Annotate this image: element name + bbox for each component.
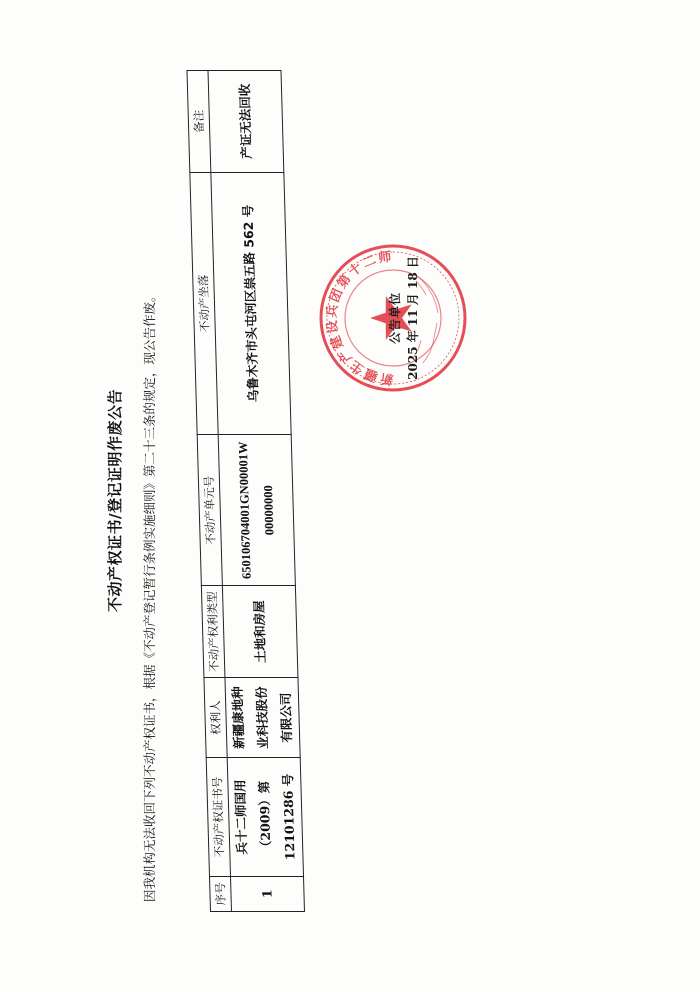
seal-date: 2025 年 11 月 18 日 [404, 243, 421, 393]
cell-note: 产证无法回收 [208, 71, 284, 173]
cell-cert: 兵十二师国用 （2009）第 12101286 号 [227, 758, 303, 876]
seal-overlay-text: 公告单位 2025 年 11 月 18 日 [318, 243, 468, 393]
header-right-type: 不动产权利类型 [201, 586, 225, 678]
owner-line: 业科技股份 [250, 681, 276, 754]
rotated-content: 不动产权证书/登记证明作废公告 因我机构无法收回下列不动产权证书，根据《不动产登… [0, 0, 700, 992]
header-no: 序号 [209, 876, 231, 911]
cert-line: 12101286 号 [276, 761, 303, 872]
owner-line: 新疆康地种 [226, 681, 252, 754]
cert-line: 兵十二师国用 [228, 761, 255, 872]
owner-line: 有限公司 [274, 681, 300, 754]
cell-no: 1 [230, 876, 304, 911]
header-note: 备注 [187, 71, 211, 173]
cell-owner: 新疆康地种 业科技股份 有限公司 [225, 677, 300, 757]
header-owner: 权利人 [204, 677, 227, 757]
notice-intro: 因我机构无法收回下列不动产权证书，根据《不动产登记暂行条例实施细则》第二十三条的… [140, 182, 158, 902]
notice-table: 序号 不动产权证书号 权利人 不动产权利类型 不动产单元号 不动产坐落 备注 1… [186, 70, 305, 912]
unit-line: 00000000 [255, 438, 283, 582]
seal-unit-label: 公告单位 [386, 243, 403, 393]
cell-right-type: 土地和房屋 [222, 586, 298, 678]
notice-title: 不动产权证书/登记证明作废公告 [104, 352, 125, 612]
unit-line: 650106704001GN00001W [231, 438, 259, 582]
cert-line: （2009）第 [252, 761, 279, 872]
document-page: 不动产权证书/登记证明作废公告 因我机构无法收回下列不动产权证书，根据《不动产登… [0, 0, 700, 992]
cell-unit-no: 650106704001GN00001W 00000000 [218, 435, 295, 586]
cell-location: 乌鲁木齐市头屯河区祟五路 562 号 [211, 172, 291, 435]
